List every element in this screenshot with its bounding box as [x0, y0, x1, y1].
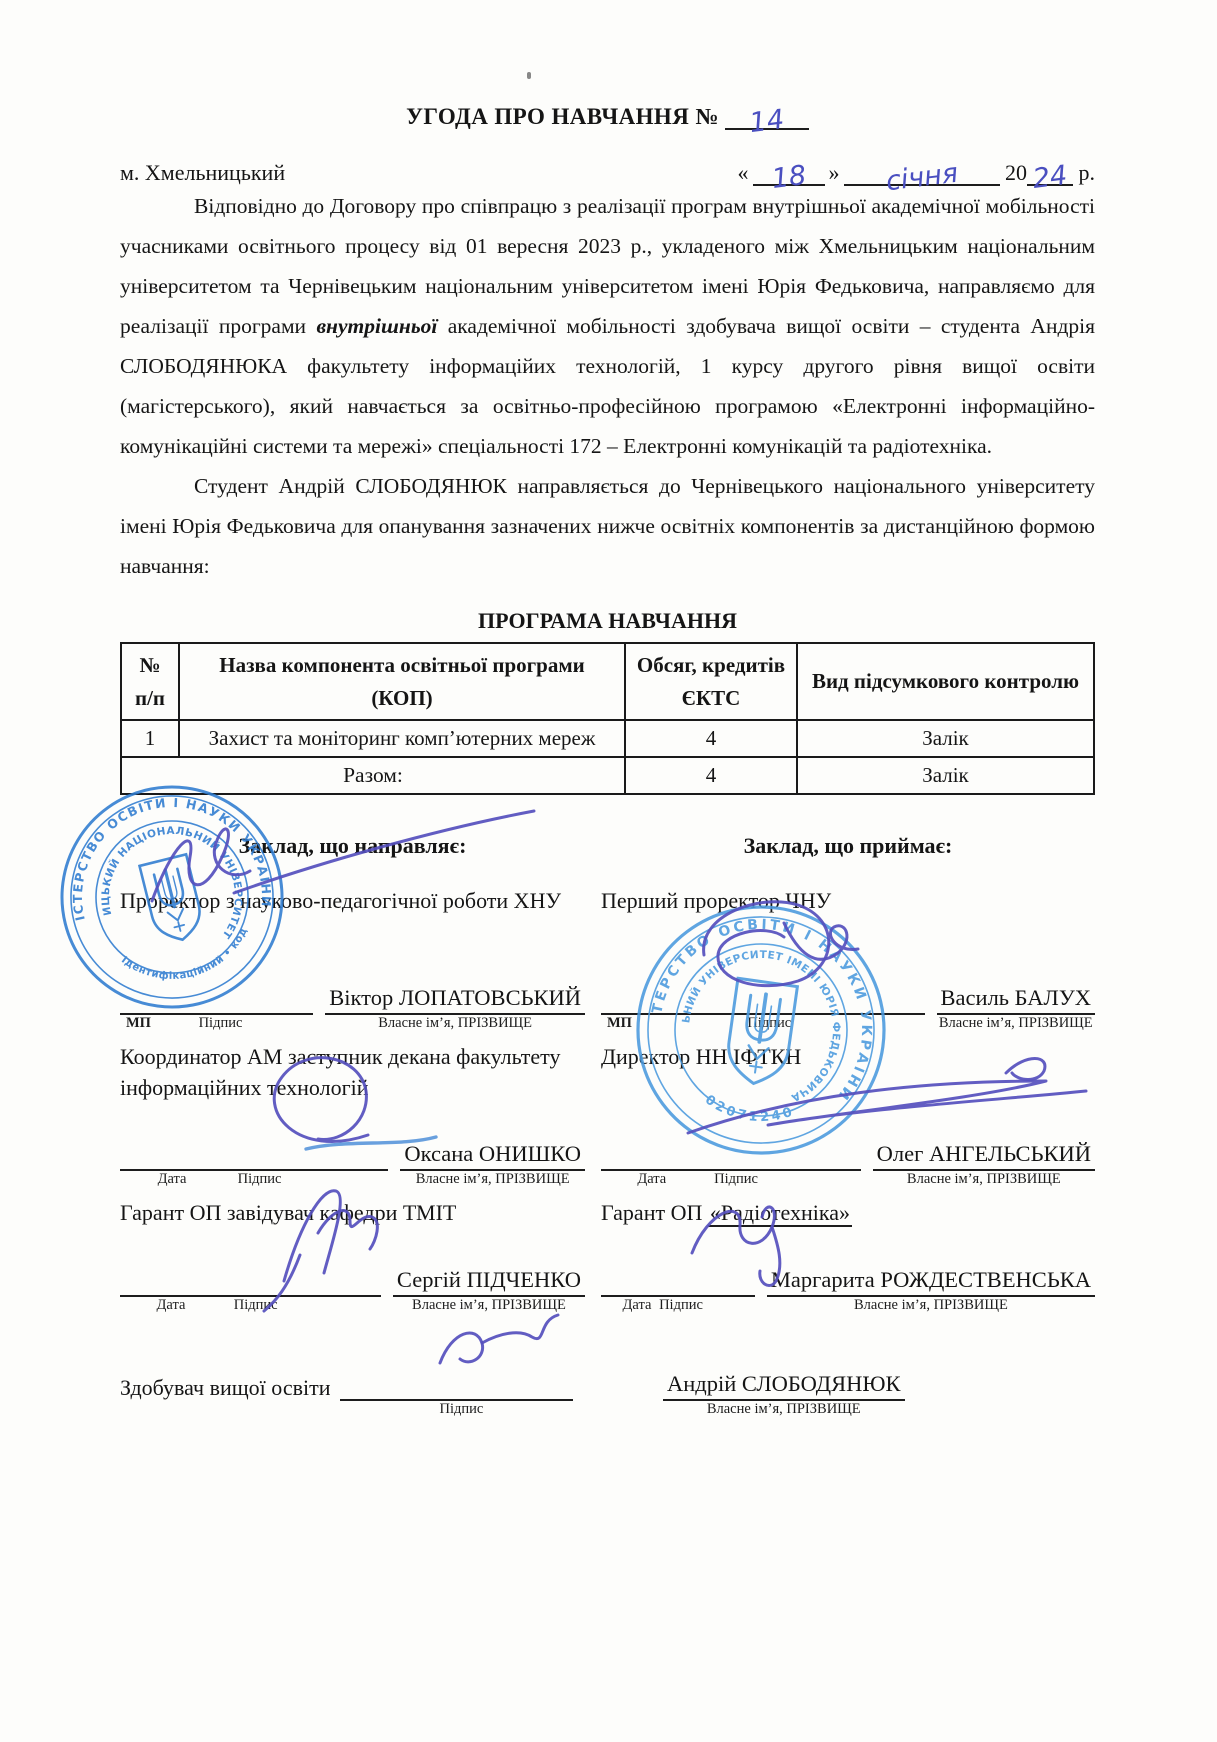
- table-total-row: Разом: 4 Залік: [121, 757, 1094, 794]
- date-month-blank: січня: [844, 161, 1000, 186]
- date-caption: Дата: [637, 1171, 666, 1188]
- cell-total-label: Разом:: [121, 757, 625, 794]
- role-title: Перший проректор ЧНУ: [601, 885, 1095, 949]
- date-caption: Дата: [623, 1297, 652, 1314]
- role-title: Гарант ОП завідувач кафедри ТМІТ: [120, 1197, 585, 1231]
- cell-component-name: Захист та моніторинг комп’ютерних мереж: [179, 720, 625, 757]
- student-right: Андрій СЛОБОДЯНЮК Власне ім’я, ПРІЗВИЩЕ: [601, 1371, 1095, 1401]
- student-label: Здобувач вищої освіти: [120, 1375, 330, 1401]
- signer-name: Сергій ПІДЧЕНКО Власне ім’я, ПРІЗВИЩЕ: [393, 1267, 585, 1297]
- student-left: Здобувач вищої освіти Підпис: [120, 1375, 585, 1401]
- document-title: УГОДА ПРО НАВЧАННЯ №: [406, 104, 719, 129]
- date-year-handwritten: 24: [1031, 162, 1068, 193]
- signer-name-text: Віктор ЛОПАТОВСЬКИЙ: [329, 985, 581, 1010]
- date-caption: Дата: [158, 1171, 187, 1188]
- signature-block-prorector-khnu: Проректор з науково-педагогічної роботи …: [120, 859, 585, 1015]
- year-label: р.: [1079, 160, 1096, 185]
- signature-block-guarantor-tmit: Гарант ОП завідувач кафедри ТМІТ Дата Пі…: [120, 1171, 585, 1297]
- role-title: Проректор з науково-педагогічної роботи …: [120, 885, 585, 949]
- close-quote: »: [829, 160, 840, 185]
- date-year-blank: 24: [1027, 161, 1073, 186]
- table-title: ПРОГРАМА НАВЧАННЯ: [120, 608, 1095, 634]
- signature-line: Дата Підпис Олег АНГЕЛЬСЬКИЙ Власне ім’я…: [601, 1141, 1095, 1171]
- column-header-number: № п/п: [121, 643, 179, 720]
- student-name: Андрій СЛОБОДЯНЮК Власне ім’я, ПРІЗВИЩЕ: [663, 1371, 905, 1401]
- signature-caption: Підпис: [234, 1297, 278, 1314]
- cell-credits: 4: [625, 720, 797, 757]
- city-label: м. Хмельницький: [120, 160, 285, 186]
- signatures-section: Заклад, що направляє: Заклад, що приймає…: [120, 833, 1095, 1431]
- signature-blank: МП Підпис: [120, 989, 313, 1015]
- date-line: «18»січня 2024 р.: [734, 160, 1096, 186]
- signer-name-text: Сергій ПІДЧЕНКО: [397, 1267, 581, 1292]
- date-day-blank: 18: [753, 161, 825, 186]
- signature-blank: Дата Підпис: [120, 1271, 381, 1297]
- document-title-row: УГОДА ПРО НАВЧАННЯ №14: [120, 104, 1095, 130]
- name-caption: Власне ім’я, ПРІЗВИЩЕ: [378, 1015, 532, 1032]
- seal-caption: МП: [126, 1015, 151, 1032]
- cell-control: Залік: [797, 720, 1094, 757]
- column-header-credits: Обсяг, кредитів ЄКТС: [625, 643, 797, 720]
- signer-name-text: Маргарита РОЖДЕСТВЕНСЬКА: [771, 1267, 1091, 1292]
- signature-blank: МП Підпис: [601, 989, 925, 1015]
- signature-blank: Дата Підпис: [601, 1271, 755, 1297]
- signature-caption: Підпис: [439, 1401, 483, 1418]
- signature-blank: Дата Підпис: [601, 1145, 861, 1171]
- role-title: Координатор АМ заступник декана факульте…: [120, 1041, 585, 1105]
- name-caption: Власне ім’я, ПРІЗВИЩЕ: [939, 1015, 1093, 1032]
- agreement-number-handwritten: 14: [748, 106, 786, 137]
- name-caption: Власне ім’я, ПРІЗВИЩЕ: [416, 1171, 570, 1188]
- signature-block-coordinator: Координатор АМ заступник декана факульте…: [120, 1015, 585, 1171]
- student-name-text: Андрій СЛОБОДЯНЮК: [667, 1371, 901, 1396]
- signer-name: Маргарита РОЖДЕСТВЕНСЬКА Власне ім’я, ПР…: [767, 1267, 1095, 1297]
- cell-number: 1: [121, 720, 179, 757]
- meta-row: м. Хмельницький «18»січня 2024 р.: [120, 160, 1095, 186]
- scanned-agreement-document: { "document": { "title": "УГОДА ПРО НАВЧ…: [0, 0, 1217, 1742]
- name-caption: Власне ім’я, ПРІЗВИЩЕ: [907, 1171, 1061, 1188]
- student-signature-row: Здобувач вищої освіти Підпис Андрій СЛОБ…: [120, 1371, 1095, 1431]
- signature-line: МП Підпис Василь БАЛУХ Власне ім’я, ПРІЗ…: [601, 985, 1095, 1015]
- signature-line: Дата Підпис Оксана ОНИШКО Власне ім’я, П…: [120, 1141, 585, 1171]
- signatures-grid: Заклад, що направляє: Заклад, що приймає…: [120, 833, 1095, 1297]
- role-title: Директор НН ІФТКН: [601, 1041, 1095, 1105]
- signer-name: Оксана ОНИШКО Власне ім’я, ПРІЗВИЩЕ: [400, 1141, 585, 1171]
- signature-block-director-iftkn: Директор НН ІФТКН Дата Підпис Олег АНГЕЛ…: [601, 1015, 1095, 1171]
- agreement-number-blank: 14: [725, 104, 809, 130]
- signer-name-text: Василь БАЛУХ: [941, 985, 1091, 1010]
- open-quote: «: [738, 160, 749, 185]
- signature-block-prorector-chnu: Перший проректор ЧНУ МП Підпис Василь БА…: [601, 859, 1095, 1015]
- signature-line: Дата Підпис Сергій ПІДЧЕНКО Власне ім’я,…: [120, 1267, 585, 1297]
- seal-caption: МП: [607, 1015, 632, 1032]
- role-title-prefix: Гарант ОП: [601, 1200, 708, 1225]
- signature-line: МП Підпис Віктор ЛОПАТОВСЬКИЙ Власне ім’…: [120, 985, 585, 1015]
- signature-line: Дата Підпис Маргарита РОЖДЕСТВЕНСЬКА Вла…: [601, 1267, 1095, 1297]
- paragraph-2: Студент Андрій СЛОБОДЯНЮК направляється …: [120, 466, 1095, 586]
- table-row: 1 Захист та моніторинг комп’ютерних мере…: [121, 720, 1094, 757]
- program-table: № п/п Назва компонента освітньої програм…: [120, 642, 1095, 795]
- signer-name: Віктор ЛОПАТОВСЬКИЙ Власне ім’я, ПРІЗВИЩ…: [325, 985, 585, 1015]
- role-title-underlined: «Радіотехніка»: [708, 1200, 852, 1227]
- role-title: Гарант ОП «Радіотехніка»: [601, 1197, 1095, 1231]
- signature-caption: Підпис: [238, 1171, 282, 1188]
- signature-caption: Підпис: [199, 1015, 243, 1032]
- name-caption: Власне ім’я, ПРІЗВИЩЕ: [412, 1297, 566, 1314]
- cell-total-control: Залік: [797, 757, 1094, 794]
- sending-institution-heading: Заклад, що направляє:: [120, 833, 585, 859]
- signer-name: Василь БАЛУХ Власне ім’я, ПРІЗВИЩЕ: [937, 985, 1095, 1015]
- signature-caption: Підпис: [747, 1015, 791, 1032]
- signature-caption: Підпис: [659, 1297, 703, 1314]
- signer-name: Олег АНГЕЛЬСЬКИЙ Власне ім’я, ПРІЗВИЩЕ: [873, 1141, 1095, 1171]
- date-day-handwritten: 18: [770, 162, 807, 193]
- year-prefix: 20: [1005, 160, 1027, 185]
- signature-caption: Підпис: [714, 1171, 758, 1188]
- name-caption: Власне ім’я, ПРІЗВИЩЕ: [854, 1297, 1008, 1314]
- document-sheet: УГОДА ПРО НАВЧАННЯ №14 м. Хмельницький «…: [0, 0, 1217, 1431]
- paragraph-1: Відповідно до Договору про співпрацю з р…: [120, 186, 1095, 466]
- signer-name-text: Олег АНГЕЛЬСЬКИЙ: [877, 1141, 1091, 1166]
- signature-blank: Дата Підпис: [120, 1145, 388, 1171]
- signature-block-guarantor-radiotech: Гарант ОП «Радіотехніка» Дата Підпис Мар…: [601, 1171, 1095, 1297]
- student-signature-blank: Підпис: [340, 1375, 573, 1401]
- receiving-institution-heading: Заклад, що приймає:: [601, 833, 1095, 859]
- table-header-row: № п/п Назва компонента освітньої програм…: [121, 643, 1094, 720]
- date-caption: Дата: [157, 1297, 186, 1314]
- cell-total-credits: 4: [625, 757, 797, 794]
- paragraph-1-bold-word: внутрішньої: [316, 314, 437, 338]
- column-header-component: Назва компонента освітньої програми (КОП…: [179, 643, 625, 720]
- signer-name-text: Оксана ОНИШКО: [404, 1141, 581, 1166]
- column-header-control: Вид підсумкового контролю: [797, 643, 1094, 720]
- name-caption: Власне ім’я, ПРІЗВИЩЕ: [707, 1401, 861, 1418]
